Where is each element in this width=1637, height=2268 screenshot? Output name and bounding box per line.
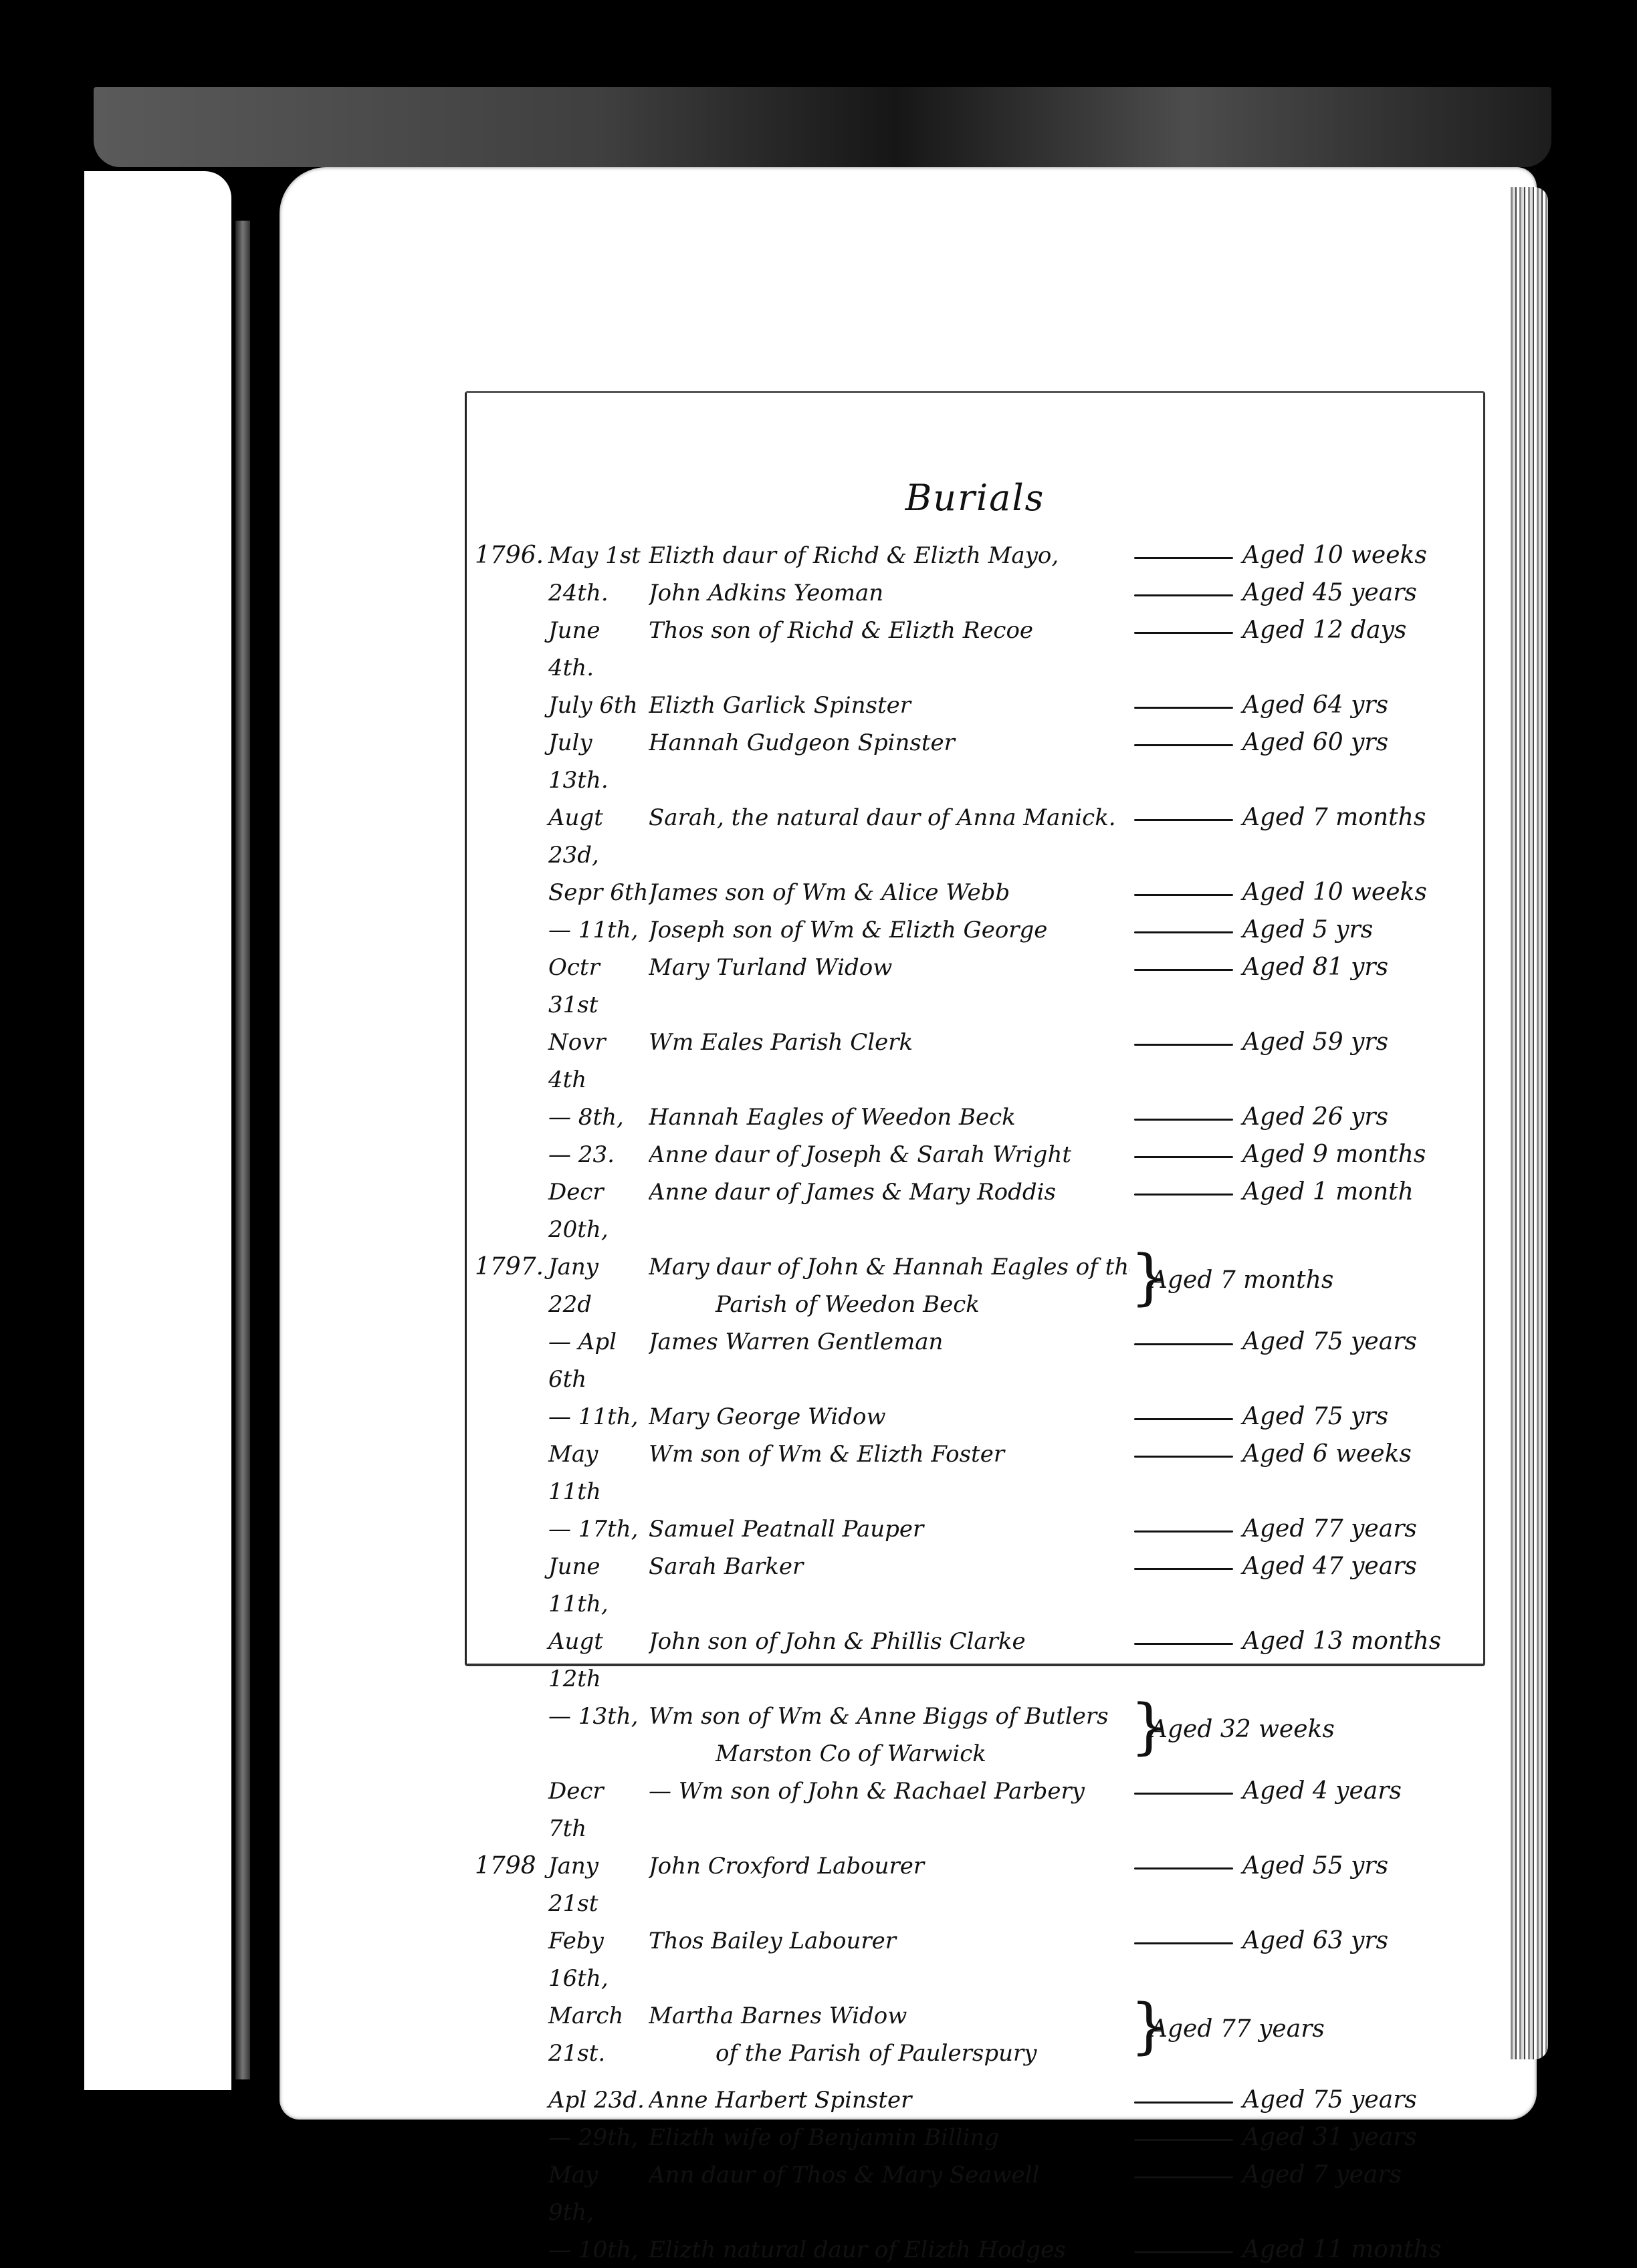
entry-date: Jany 22d: [548, 1248, 649, 1323]
entry-name: Hannah Eagles of Weedon Beck: [649, 1099, 1130, 1136]
leader-line: [1134, 1867, 1233, 1869]
entry-name: Sarah Barker: [649, 1548, 1130, 1585]
entry-description: Samuel Peatnall Pauper: [649, 1516, 923, 1543]
entry-age: Aged 10 weeks: [1242, 874, 1483, 911]
leader-line: [1134, 1530, 1233, 1533]
entry-description: Hannah Eagles of Weedon Beck: [649, 1104, 1016, 1131]
leader-line: [1134, 1194, 1233, 1196]
leader-line: [1134, 1456, 1233, 1458]
entry-date: — 8th,: [548, 1099, 649, 1136]
entry-date: July 13th.: [548, 724, 649, 799]
burial-entry: June 11th,Sarah BarkerAged 47 years: [467, 1548, 1483, 1623]
entry-year: 1798: [467, 1847, 548, 1885]
burial-entry: 1798Jany 21stJohn Croxford LabourerAged …: [467, 1847, 1483, 1922]
leader-line: [1134, 1156, 1233, 1158]
burial-entry: — 11th,Mary George WidowAged 75 yrs: [467, 1398, 1483, 1436]
entry-date: — 17th,: [548, 1510, 649, 1548]
entry-description: Elizth wife of Benjamin Billing: [649, 2124, 999, 2151]
brace-mark: }: [1130, 1244, 1150, 1311]
burial-entry: 1797.Jany 22dMary daur of John & Hannah …: [467, 1248, 1483, 1323]
entry-date: Decr 20th,: [548, 1173, 649, 1248]
burial-entry: May 11thWm son of Wm & Elizth FosterAged…: [467, 1436, 1483, 1510]
entry-name: — Wm son of John & Rachael Parbery: [649, 1773, 1130, 1810]
entry-description: James son of Wm & Alice Webb: [649, 879, 1010, 906]
entry-name: Mary George Widow: [649, 1398, 1130, 1436]
entry-age: Aged 60 yrs: [1242, 724, 1483, 762]
entry-date: June 4th.: [548, 612, 649, 687]
burial-entry: — 10th,Elizth natural daur of Elizth Hod…: [467, 2231, 1483, 2268]
leader-line: [1134, 1793, 1233, 1795]
entry-name: Wm Eales Parish Clerk: [649, 1024, 1130, 1061]
leader-line: [1134, 744, 1233, 746]
entry-age: Aged 81 yrs: [1242, 949, 1483, 986]
leader-line: [1134, 1044, 1233, 1046]
entry-age: Aged 4 years: [1242, 1773, 1483, 1810]
burial-entry: July 13th.Hannah Gudgeon SpinsterAged 60…: [467, 724, 1483, 799]
leader-line: [1134, 2102, 1233, 2104]
entry-name: Elizth Garlick Spinster: [649, 687, 1130, 724]
burial-entry: Feby 16th,Thos Bailey LabourerAged 63 yr…: [467, 1922, 1483, 1997]
entry-age: Aged 75 years: [1242, 2081, 1483, 2119]
burial-entry: March 21st.Martha Barnes Widowof the Par…: [467, 1997, 1483, 2072]
entry-description: Thos son of Richd & Elizth Recoe: [649, 617, 1033, 644]
entry-name: John Croxford Labourer: [649, 1847, 1130, 1885]
entry-description: Wm son of Wm & Elizth Foster: [649, 1441, 1004, 1468]
entry-date: — 29th,: [548, 2119, 649, 2156]
leader-line: [1134, 969, 1233, 971]
entry-date: — 11th,: [548, 911, 649, 949]
burial-entry: — 13th,Wm son of Wm & Anne Biggs of Butl…: [467, 1698, 1483, 1773]
leader-line: [1134, 1568, 1233, 1570]
entry-age: Aged 63 yrs: [1242, 1922, 1483, 1960]
burial-entry: May 9th,Ann daur of Thos & Mary SeawellA…: [467, 2156, 1483, 2231]
leader-line: [1134, 594, 1233, 596]
burial-entry: Augt 23d,Sarah, the natural daur of Anna…: [467, 799, 1483, 874]
entry-description: Joseph son of Wm & Elizth George: [649, 917, 1047, 943]
entry-name: Thos Bailey Labourer: [649, 1922, 1130, 1960]
entry-date: — 23.: [548, 1136, 649, 1173]
entry-description-continued: of the Parish of Paulerspury: [649, 2035, 1130, 2072]
leader-line: [1134, 632, 1233, 634]
entry-age: Aged 55 yrs: [1242, 1847, 1483, 1885]
entry-date: Jany 21st: [548, 1847, 649, 1922]
burial-entry: 1796.May 1stElizth daur of Richd & Elizt…: [467, 537, 1483, 574]
burial-entry: — Apl 6thJames Warren GentlemanAged 75 y…: [467, 1323, 1483, 1398]
burial-entry: — 23.Anne daur of Joseph & Sarah WrightA…: [467, 1136, 1483, 1173]
entry-name: Wm son of Wm & Elizth Foster: [649, 1436, 1130, 1473]
entry-year: 1797.: [467, 1248, 548, 1286]
entry-name: Mary daur of John & Hannah Eagles of the…: [649, 1248, 1130, 1323]
burial-entry: — 8th,Hannah Eagles of Weedon BeckAged 2…: [467, 1099, 1483, 1136]
entry-name: Hannah Gudgeon Spinster: [649, 724, 1130, 762]
entry-description: Thos Bailey Labourer: [649, 1928, 896, 1954]
leader-line: [1134, 1343, 1233, 1345]
entry-date: Decr 7th: [548, 1773, 649, 1847]
leader-line: [1134, 707, 1233, 709]
entry-description: John son of John & Phillis Clarke: [649, 1628, 1026, 1655]
entry-description: John Croxford Labourer: [649, 1853, 924, 1880]
entry-date: — Apl 6th: [548, 1323, 649, 1398]
scanner-background-band: [94, 87, 1551, 167]
burial-entry: Decr 20th,Anne daur of James & Mary Rodd…: [467, 1173, 1483, 1248]
entry-date: Sepr 6th: [548, 874, 649, 911]
entry-age: Aged 59 yrs: [1242, 1024, 1483, 1061]
entry-name: James Warren Gentleman: [649, 1323, 1130, 1361]
entry-name: Elizth natural daur of Elizth Hodges: [649, 2231, 1130, 2268]
entry-age: Aged 5 yrs: [1242, 911, 1483, 949]
entry-name: Anne Harbert Spinster: [649, 2081, 1130, 2119]
burial-entry: Octr 31stMary Turland WidowAged 81 yrs: [467, 949, 1483, 1024]
leader-line: [1134, 1942, 1233, 1944]
entry-date: — 13th,: [548, 1698, 649, 1735]
entry-name: Mary Turland Widow: [649, 949, 1130, 986]
entry-description: Elizth daur of Richd & Elizth Mayo,: [649, 542, 1059, 569]
page-stack-edge: [1508, 187, 1548, 2059]
brace-mark: }: [1130, 1694, 1150, 1761]
entry-description: Mary daur of John & Hannah Eagles of the: [649, 1254, 1130, 1280]
burial-register-sheet: Burials 1796.May 1stElizth daur of Richd…: [465, 391, 1485, 1666]
entry-name: Martha Barnes Widowof the Parish of Paul…: [649, 1997, 1130, 2072]
entry-age: Aged 7 years: [1242, 2156, 1483, 2194]
leader-line: [1134, 1418, 1233, 1420]
entry-date: 24th.: [548, 574, 649, 612]
entry-name: John Adkins Yeoman: [649, 574, 1130, 612]
entry-date: March 21st.: [548, 1997, 649, 2072]
entry-description: Anne Harbert Spinster: [649, 2087, 911, 2114]
entry-name: Anne daur of Joseph & Sarah Wright: [649, 1136, 1130, 1173]
leader-line: [1134, 1119, 1233, 1121]
entry-date: Novr 4th: [548, 1024, 649, 1099]
burial-entry: Decr 7th— Wm son of John & Rachael Parbe…: [467, 1773, 1483, 1847]
burial-entry: Sepr 6thJames son of Wm & Alice WebbAged…: [467, 874, 1483, 911]
leader-line: [1134, 931, 1233, 933]
entry-age: Aged 6 weeks: [1242, 1436, 1483, 1473]
entry-age: Aged 7 months: [1150, 1262, 1391, 1299]
entry-age: Aged 7 months: [1242, 799, 1483, 836]
burial-entries: 1796.May 1stElizth daur of Richd & Elizt…: [467, 537, 1483, 2268]
entry-description: Wm Eales Parish Clerk: [649, 1029, 913, 1056]
entry-age: Aged 11 months: [1242, 2231, 1483, 2268]
burial-entry: 24th.John Adkins YeomanAged 45 years: [467, 574, 1483, 612]
entry-description: Martha Barnes Widow: [649, 2003, 907, 2029]
entry-description: James Warren Gentleman: [649, 1329, 943, 1355]
entry-description: Elizth natural daur of Elizth Hodges: [649, 2237, 1066, 2263]
entry-date: May 1st: [548, 537, 649, 574]
entry-age: Aged 31 years: [1242, 2119, 1483, 2156]
entry-description: — Wm son of John & Rachael Parbery: [649, 1778, 1085, 1805]
entry-age: Aged 1 month: [1242, 1173, 1483, 1211]
facing-page-edge: [84, 171, 231, 2090]
entry-date: Augt 23d,: [548, 799, 649, 874]
register-title: Burials: [467, 477, 1483, 519]
burial-entry: June 4th.Thos son of Richd & Elizth Reco…: [467, 612, 1483, 687]
burial-entry: — 11th,Joseph son of Wm & Elizth GeorgeA…: [467, 911, 1483, 949]
entry-age: Aged 32 weeks: [1150, 1711, 1391, 1748]
entry-description-continued: Parish of Weedon Beck: [649, 1286, 1130, 1323]
entry-description: Wm son of Wm & Anne Biggs of Butlers: [649, 1703, 1109, 1730]
entry-age: Aged 47 years: [1242, 1548, 1483, 1585]
entry-age: Aged 12 days: [1242, 612, 1483, 649]
entry-description-continued: Marston Co of Warwick: [649, 1735, 1130, 1773]
entry-description: Elizth Garlick Spinster: [649, 692, 911, 719]
entry-description: Ann daur of Thos & Mary Seawell: [649, 2162, 1039, 2188]
entry-age: Aged 75 yrs: [1242, 1398, 1483, 1436]
leader-line: [1134, 2251, 1233, 2253]
burial-entry: Novr 4thWm Eales Parish ClerkAged 59 yrs: [467, 1024, 1483, 1099]
entry-name: Elizth daur of Richd & Elizth Mayo,: [649, 537, 1130, 574]
leader-line: [1134, 819, 1233, 821]
entry-date: Apl 23d.: [548, 2081, 649, 2119]
brace-mark: }: [1130, 1993, 1150, 2060]
entry-name: Ann daur of Thos & Mary Seawell: [649, 2156, 1130, 2194]
entry-age: Aged 10 weeks: [1242, 537, 1483, 574]
burial-entry: — 29th,Elizth wife of Benjamin BillingAg…: [467, 2119, 1483, 2156]
entry-age: Aged 77 years: [1242, 1510, 1483, 1548]
entry-description: Anne daur of Joseph & Sarah Wright: [649, 1141, 1071, 1168]
entry-name: Thos son of Richd & Elizth Recoe: [649, 612, 1130, 649]
entry-date: Octr 31st: [548, 949, 649, 1024]
entry-name: Samuel Peatnall Pauper: [649, 1510, 1130, 1548]
entry-age: Aged 26 yrs: [1242, 1099, 1483, 1136]
entry-age: Aged 75 years: [1242, 1323, 1483, 1361]
leader-line: [1134, 2139, 1233, 2141]
entry-description: John Adkins Yeoman: [649, 580, 883, 606]
entry-date: July 6th: [548, 687, 649, 724]
burial-entry: — 17th,Samuel Peatnall PauperAged 77 yea…: [467, 1510, 1483, 1548]
entry-date: — 10th,: [548, 2231, 649, 2268]
entry-age: Aged 64 yrs: [1242, 687, 1483, 724]
entry-name: Anne daur of James & Mary Roddis: [649, 1173, 1130, 1211]
entry-age: Aged 9 months: [1242, 1136, 1483, 1173]
entry-name: Wm son of Wm & Anne Biggs of ButlersMars…: [649, 1698, 1130, 1773]
entry-name: Sarah, the natural daur of Anna Manick.: [649, 799, 1130, 836]
entry-date: May 11th: [548, 1436, 649, 1510]
entry-date: — 11th,: [548, 1398, 649, 1436]
entry-age: Aged 77 years: [1150, 2011, 1391, 2048]
entry-name: John son of John & Phillis Clarke: [649, 1623, 1130, 1660]
entry-description: Mary Turland Widow: [649, 954, 892, 981]
burial-entry: July 6thElizth Garlick SpinsterAged 64 y…: [467, 687, 1483, 724]
entry-date: Feby 16th,: [548, 1922, 649, 1997]
entry-date: May 9th,: [548, 2156, 649, 2231]
leader-line: [1134, 1643, 1233, 1645]
leader-line: [1134, 894, 1233, 896]
leader-line: [1134, 2176, 1233, 2178]
entry-description: Hannah Gudgeon Spinster: [649, 729, 955, 756]
book-gutter: [235, 221, 250, 2079]
entry-description: Mary George Widow: [649, 1403, 886, 1430]
entry-date: June 11th,: [548, 1548, 649, 1623]
entry-description: Anne daur of James & Mary Roddis: [649, 1179, 1056, 1206]
entry-name: Joseph son of Wm & Elizth George: [649, 911, 1130, 949]
burial-entry: Apl 23d.Anne Harbert SpinsterAged 75 yea…: [467, 2081, 1483, 2119]
entry-description: Sarah Barker: [649, 1553, 803, 1580]
burial-entry: Augt 12thJohn son of John & Phillis Clar…: [467, 1623, 1483, 1698]
entry-description: Sarah, the natural daur of Anna Manick.: [649, 804, 1116, 831]
leader-line: [1134, 557, 1233, 559]
entry-name: Elizth wife of Benjamin Billing: [649, 2119, 1130, 2156]
entry-age: Aged 13 months: [1242, 1623, 1483, 1660]
entry-name: James son of Wm & Alice Webb: [649, 874, 1130, 911]
entry-age: Aged 45 years: [1242, 574, 1483, 612]
entry-year: 1796.: [467, 537, 548, 574]
entry-date: Augt 12th: [548, 1623, 649, 1698]
